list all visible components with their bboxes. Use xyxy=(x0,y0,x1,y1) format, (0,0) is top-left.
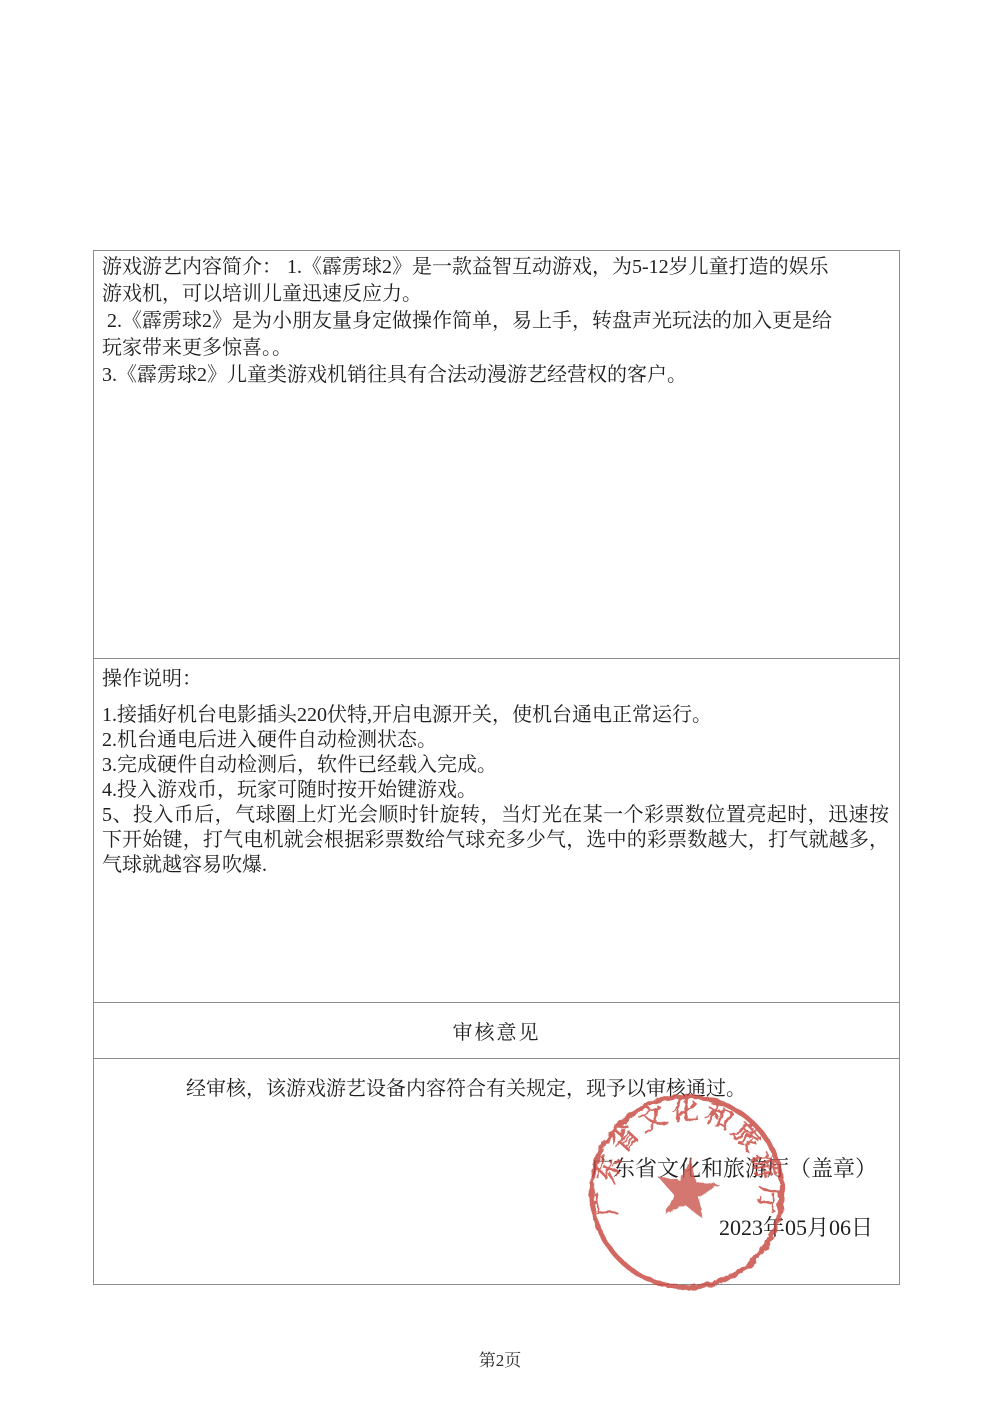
review-date: 2023年05月06日 xyxy=(94,1214,899,1242)
review-authority: 广东省文化和旅游厅（盖章） xyxy=(94,1155,899,1183)
page-number: 第2页 xyxy=(0,1346,1000,1371)
section-content-intro: 游戏游艺内容简介： 1.《霹雳球2》是一款益智互动游戏，为5-12岁儿童打造的娱… xyxy=(94,251,899,659)
intro-line: 2.《霹雳球2》是为小朋友量身定做操作简单，易上手，转盘声光玩法的加入更是给 xyxy=(102,308,891,335)
approval-table: 游戏游艺内容简介： 1.《霹雳球2》是一款益智互动游戏，为5-12岁儿童打造的娱… xyxy=(93,250,900,1285)
intro-line: 游戏机，可以培训儿童迅速反应力。 xyxy=(102,281,891,308)
intro-line: 游戏游艺内容简介： 1.《霹雳球2》是一款益智互动游戏，为5-12岁儿童打造的娱… xyxy=(102,254,891,281)
operation-step: 5、投入币后，气球圈上灯光会顺时针旋转，当灯光在某一个彩票数位置亮起时，迅速按下… xyxy=(102,803,889,878)
operation-step: 2.机台通电后进入硬件自动检测状态。 xyxy=(102,728,889,753)
section-review-body: 经审核，该游戏游艺设备内容符合有关规定，现予以审核通过。 广东省文化和旅游厅（盖… xyxy=(94,1077,899,1284)
intro-line: 3.《霹雳球2》儿童类游戏机销往具有合法动漫游艺经营权的客户。 xyxy=(102,362,891,389)
review-header-label: 审核意见 xyxy=(453,1016,541,1045)
operation-step: 3.完成硬件自动检测后，软件已经载入完成。 xyxy=(102,753,889,778)
operation-step: 4.投入游戏币，玩家可随时按开始键游戏。 xyxy=(102,778,889,803)
operation-step: 1.接插好机台电影插头220伏特,开启电源开关，使机台通电正常运行。 xyxy=(102,703,889,728)
operation-title: 操作说明： xyxy=(102,667,889,692)
review-statement: 经审核，该游戏游艺设备内容符合有关规定，现予以审核通过。 xyxy=(94,1077,899,1101)
intro-line: 玩家带来更多惊喜。。 xyxy=(102,335,891,362)
scanned-approval-document: 游戏游艺内容简介： 1.《霹雳球2》是一款益智互动游戏，为5-12岁儿童打造的娱… xyxy=(0,0,1000,1413)
section-operation: 操作说明： 1.接插好机台电影插头220伏特,开启电源开关，使机台通电正常运行。… xyxy=(94,659,899,1003)
section-review-header: 审核意见 xyxy=(94,1003,899,1059)
